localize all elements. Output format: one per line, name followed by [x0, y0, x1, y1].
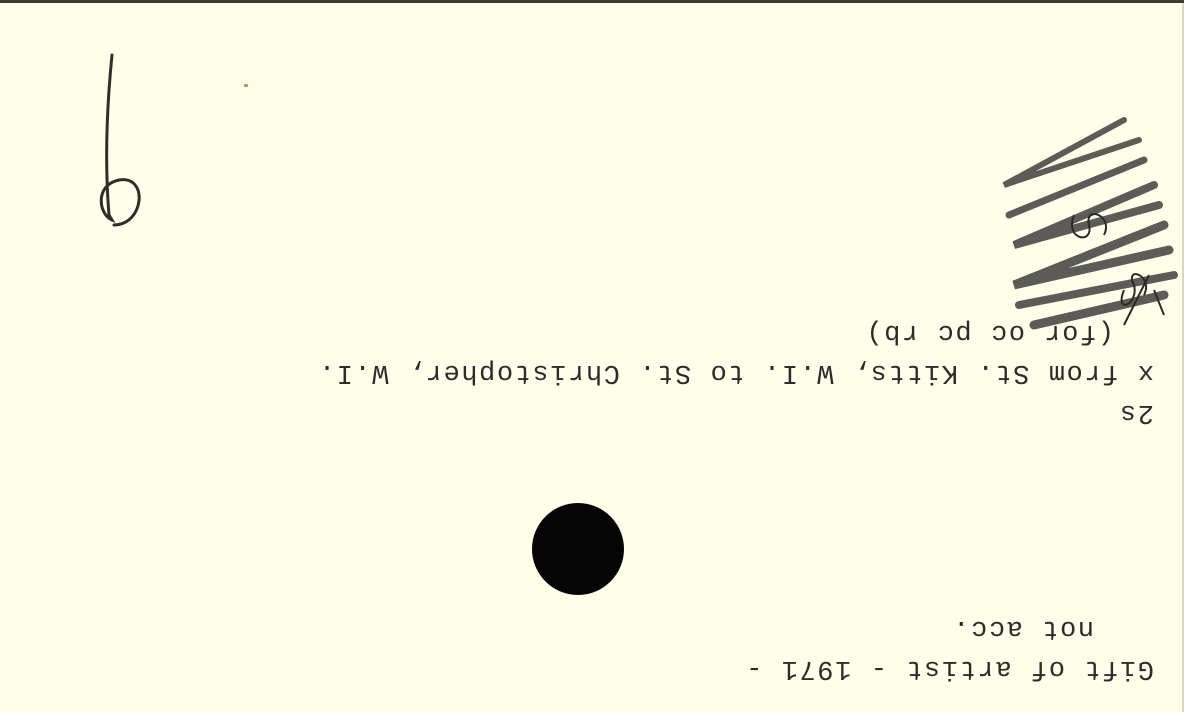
handwritten-number — [54, 35, 174, 235]
gift-line: Gift of artist - 1971 - — [745, 654, 1154, 681]
accession-note: not acc. — [952, 614, 1094, 641]
crossed-out-initials-scribble — [984, 95, 1184, 335]
ink-speck — [244, 84, 248, 87]
punch-hole — [532, 503, 624, 595]
cross-reference-line: x from St. Kitts, W.I. to St. Christophe… — [317, 358, 1154, 385]
item-count: 2s — [1118, 398, 1154, 425]
index-card: Gift of artist - 1971 - not acc. 2s x fr… — [0, 0, 1184, 712]
card-content-rotated: Gift of artist - 1971 - not acc. 2s x fr… — [0, 3, 1184, 712]
